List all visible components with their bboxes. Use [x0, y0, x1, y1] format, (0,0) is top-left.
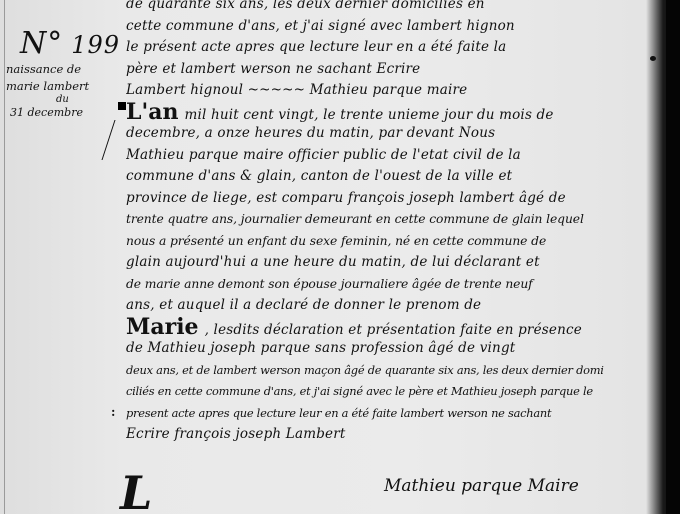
text-line: père et lambert werson ne sachant Ecrire — [126, 59, 666, 81]
text-line: de marie anne demont son épouse journali… — [126, 274, 666, 296]
margin-du: du — [56, 95, 118, 105]
ink-square-mark — [118, 102, 126, 110]
record-text: de quarante six ans, les deux dernier do… — [126, 0, 666, 446]
text-line: glain aujourd'hui a une heure du matin, … — [126, 252, 666, 274]
text-line: present acte apres que lecture leur en a… — [126, 403, 666, 425]
text-line-signatures: Lambert hignoul ~~~~~ Mathieu parque mai… — [126, 80, 666, 102]
given-name: Marie — [126, 317, 199, 339]
text-line: Ecrire françois joseph Lambert — [126, 424, 666, 446]
opening-text: mil huit cent vingt, le trente unieme jo… — [184, 107, 553, 123]
text-line: nous a présenté un enfant du sexe femini… — [126, 231, 666, 253]
margin-date: 31 decembre — [10, 105, 118, 121]
text-line: ciliés en cette commune d'ans, et j'ai s… — [126, 381, 666, 403]
text-line: deux ans, et de lambert werson maçon âgé… — [126, 360, 666, 382]
text-line: commune d'ans & glain, canton de l'ouest… — [126, 166, 666, 188]
text-line-opening: L'anmil huit cent vingt, le trente uniem… — [126, 102, 666, 124]
text-line: de Mathieu joseph parque sans profession… — [126, 338, 666, 360]
given-name-text: , lesdits déclaration et présentation fa… — [205, 322, 582, 338]
text-line: ans, et auquel il a declaré de donner le… — [126, 295, 666, 317]
entry-number: N°199 — [20, 28, 118, 61]
text-line-given-name: Marie, lesdits déclaration et présentati… — [126, 317, 666, 339]
scan-edge — [666, 0, 680, 514]
entry-number-value: 199 — [71, 31, 120, 59]
text-line: cette commune d'ans, et j'ai signé avec … — [126, 16, 666, 38]
text-line: Mathieu parque maire officier public de … — [126, 145, 666, 167]
margin-line-1: naissance de — [6, 61, 118, 78]
insertion-mark: : — [111, 405, 115, 419]
entry-number-prefix: N° — [20, 26, 63, 61]
margin-flourish — [82, 120, 116, 160]
opening-word: L'an — [126, 102, 178, 124]
text-line: trente quatre ans, journalier demeurant … — [126, 209, 666, 231]
text-line: le présent acte apres que lecture leur e… — [126, 37, 666, 59]
margin-line-2: marie lambert — [6, 78, 118, 95]
margin-rule — [4, 0, 5, 514]
register-page: N°199 naissance de marie lambert du 31 d… — [0, 0, 680, 514]
text-line: province de liege, est comparu françois … — [126, 188, 666, 210]
text-line: de quarante six ans, les deux dernier do… — [126, 0, 666, 16]
mayor-signature: Mathieu parque Maire — [384, 476, 579, 496]
text-line: decembre, a onze heures du matin, par de… — [126, 123, 666, 145]
next-entry-initial: L — [120, 470, 152, 514]
margin-notes: N°199 naissance de marie lambert du 31 d… — [6, 28, 118, 121]
